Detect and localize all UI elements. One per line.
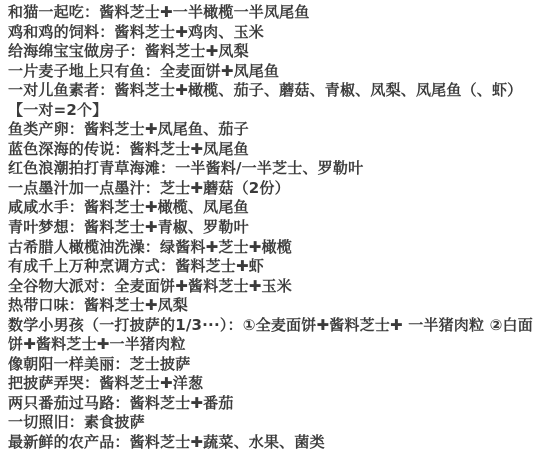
recipe-line: 两只番茄过马路：酱料芝士✚番茄: [8, 394, 533, 414]
dish-name: 一对儿鱼素者：: [8, 81, 114, 99]
dish-name: 咸咸水手：: [8, 198, 84, 216]
recipe-formula: 酱料芝士✚橄榄、凤尾鱼: [84, 198, 249, 216]
dish-name: 两只番茄过马路：: [8, 394, 130, 412]
recipe-line: 像朝阳一样美丽：芝士披萨: [8, 355, 533, 375]
recipe-line: 给海绵宝宝做房子：酱料芝士✚凤梨: [8, 42, 533, 62]
recipe-formula: 芝士披萨: [130, 355, 191, 373]
recipe-formula: 酱料芝士✚凤梨: [145, 42, 249, 60]
dish-name: 像朝阳一样美丽：: [8, 355, 130, 373]
recipe-formula: 酱料芝士✚蔬菜、水果、菌类: [130, 433, 325, 451]
recipe-formula: 酱料芝士✚洋葱: [99, 374, 203, 392]
recipe-formula: 酱料芝士✚凤尾鱼、茄子: [84, 120, 249, 138]
recipe-line: 一点墨汁加一点墨汁：芝士✚蘑菇（2份）: [8, 179, 533, 199]
recipe-line: 和猫一起吃：酱料芝士✚一半橄榄一半凤尾鱼: [8, 3, 533, 23]
recipe-line: 蓝色深海的传说：酱料芝士✚凤尾鱼: [8, 140, 533, 160]
recipe-formula: 全麦面饼✚酱料芝士✚玉米: [114, 277, 292, 295]
dish-name: 蓝色深海的传说：: [8, 140, 130, 158]
dish-name: 最新鲜的农产品：: [8, 433, 130, 451]
recipe-formula: 酱料芝士✚番茄: [130, 394, 234, 412]
recipe-line: 有成千上万种烹调方式：酱料芝士✚虾: [8, 257, 533, 277]
dish-name: 一点墨汁加一点墨汁：: [8, 179, 160, 197]
dish-name: 古希腊人橄榄油洗澡：: [8, 238, 160, 256]
dish-name: 一片麦子地上只有鱼：: [8, 62, 160, 80]
dish-name: 有成千上万种烹调方式：: [8, 257, 175, 275]
recipe-line: 红色浪潮拍打青草海滩：一半酱料/一半芝士、罗勒叶: [8, 159, 533, 179]
recipe-line: 一片麦子地上只有鱼：全麦面饼✚凤尾鱼: [8, 62, 533, 82]
dish-name: 给海绵宝宝做房子：: [8, 42, 145, 60]
recipe-list: 和猫一起吃：酱料芝士✚一半橄榄一半凤尾鱼 鸡和鸡的饲料：酱料芝士✚鸡肉、玉米 给…: [0, 0, 537, 451]
dish-name: 一切照旧：: [8, 413, 84, 431]
recipe-formula: 酱料芝士✚青椒、罗勒叶: [84, 218, 249, 236]
recipe-formula: 酱料芝士✚虾: [175, 257, 264, 275]
recipe-line: 一切照旧：素食披萨: [8, 413, 533, 433]
dish-name: 全谷物大派对：: [8, 277, 114, 295]
recipe-line: 数学小男孩（一打披萨的1/3···）：①全麦面饼✚酱料芝士✚ 一半猪肉粒 ②白面…: [8, 316, 533, 355]
dish-name: 青叶梦想：: [8, 218, 84, 236]
dish-name: 红色浪潮拍打青草海滩：: [8, 159, 175, 177]
dish-name: 热带口味：: [8, 296, 84, 314]
recipe-line: 把披萨弄哭：酱料芝士✚洋葱: [8, 374, 533, 394]
recipe-formula: 素食披萨: [84, 413, 145, 431]
recipe-line: 一对儿鱼素者：酱料芝士✚橄榄、茄子、蘑菇、青椒、凤梨、凤尾鱼（、虾）【一对=2个…: [8, 81, 533, 120]
recipe-formula: 酱料芝士✚鸡肉、玉米: [114, 23, 264, 41]
recipe-line: 鸡和鸡的饲料：酱料芝士✚鸡肉、玉米: [8, 23, 533, 43]
recipe-formula: 酱料芝士✚一半橄榄一半凤尾鱼: [99, 3, 309, 21]
dish-name: 和猫一起吃：: [8, 3, 99, 21]
recipe-line: 全谷物大派对：全麦面饼✚酱料芝士✚玉米: [8, 277, 533, 297]
dish-name: 鸡和鸡的饲料：: [8, 23, 114, 41]
recipe-line: 最新鲜的农产品：酱料芝士✚蔬菜、水果、菌类: [8, 433, 533, 451]
recipe-line: 青叶梦想：酱料芝士✚青椒、罗勒叶: [8, 218, 533, 238]
dish-name: 把披萨弄哭：: [8, 374, 99, 392]
recipe-line: 热带口味：酱料芝士✚凤梨: [8, 296, 533, 316]
recipe-formula: 绿酱料✚芝士✚橄榄: [160, 238, 292, 256]
recipe-formula: 酱料芝士✚凤尾鱼: [130, 140, 249, 158]
recipe-line: 古希腊人橄榄油洗澡：绿酱料✚芝士✚橄榄: [8, 238, 533, 258]
recipe-line: 鱼类产卵：酱料芝士✚凤尾鱼、茄子: [8, 120, 533, 140]
dish-name: 鱼类产卵：: [8, 120, 84, 138]
recipe-line: 咸咸水手：酱料芝士✚橄榄、凤尾鱼: [8, 198, 533, 218]
recipe-formula: 全麦面饼✚凤尾鱼: [160, 62, 279, 80]
recipe-formula: 一半酱料/一半芝士、罗勒叶: [175, 159, 363, 177]
recipe-formula: 芝士✚蘑菇（2份）: [160, 179, 290, 197]
dish-name: 数学小男孩（一打披萨的1/3···）：: [8, 316, 243, 334]
recipe-formula: 酱料芝士✚凤梨: [84, 296, 188, 314]
